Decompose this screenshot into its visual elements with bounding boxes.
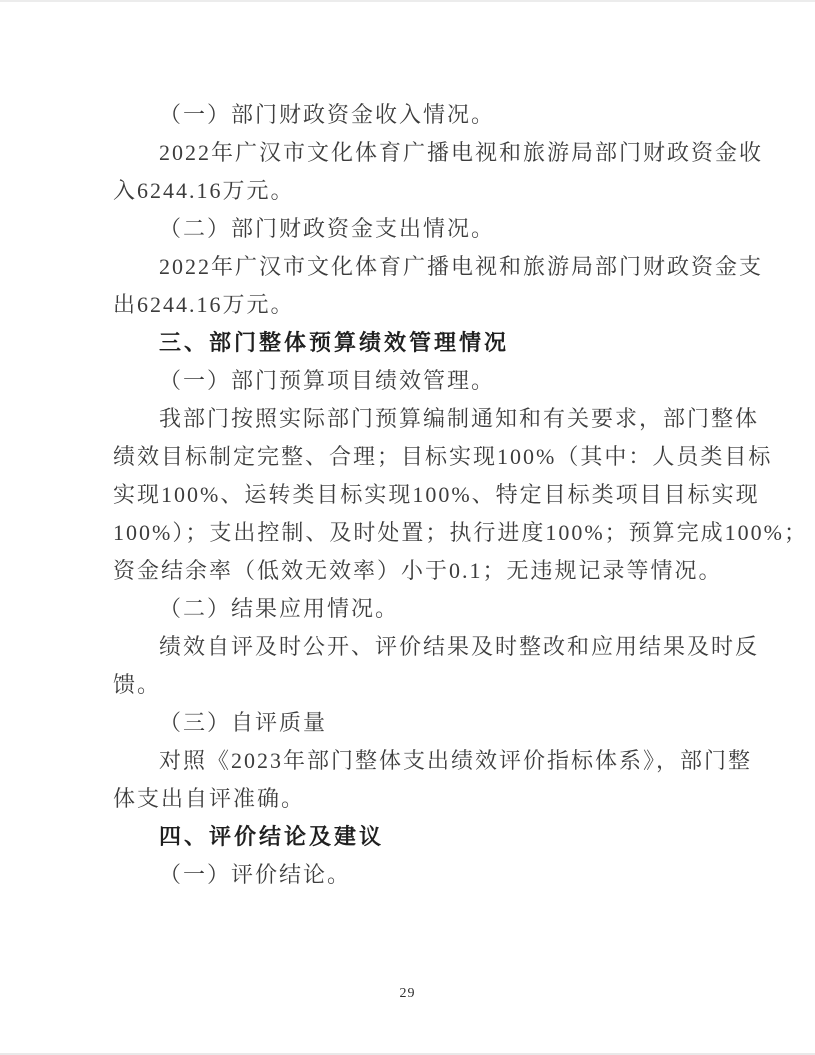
doc-line-section-3-1-title: （一）部门预算项目绩效管理。 <box>113 362 713 400</box>
doc-line-section-1-1-title: （一）部门财政资金收入情况。 <box>113 96 713 134</box>
doc-line-section-1-2-title: （二）部门财政资金支出情况。 <box>113 210 713 248</box>
page-number: 29 <box>0 986 815 1002</box>
doc-line-expense-text: 2022年广汉市文化体育广播电视和旅游局部门财政资金支 <box>113 248 713 286</box>
doc-line-paragraph: 体支出自评准确。 <box>113 780 713 818</box>
doc-heading-section-3: 三、部门整体预算绩效管理情况 <box>113 324 713 362</box>
document-page: （一）部门财政资金收入情况。 2022年广汉市文化体育广播电视和旅游局部门财政资… <box>0 0 815 1055</box>
doc-line-paragraph: 对照《2023年部门整体支出绩效评价指标体系》，部门整 <box>113 742 713 780</box>
doc-line-paragraph: 绩效自评及时公开、评价结果及时整改和应用结果及时反 <box>113 628 713 666</box>
doc-line-paragraph: 绩效目标制定完整、合理；目标实现100%（其中：人员类目标 <box>113 438 713 476</box>
doc-line-paragraph: 资金结余率（低效无效率）小于0.1；无违规记录等情况。 <box>113 552 713 590</box>
doc-line-paragraph: 100%）；支出控制、及时处置；执行进度100%；预算完成100%； <box>113 514 713 552</box>
doc-line-paragraph: 我部门按照实际部门预算编制通知和有关要求，部门整体 <box>113 400 713 438</box>
doc-line-section-3-3-title: （三）自评质量 <box>113 704 713 742</box>
doc-line-section-3-2-title: （二）结果应用情况。 <box>113 590 713 628</box>
doc-line-section-4-1-title: （一）评价结论。 <box>113 856 713 894</box>
doc-line-income-text: 2022年广汉市文化体育广播电视和旅游局部门财政资金收 <box>113 134 713 172</box>
doc-line-income-amount: 入6244.16万元。 <box>113 172 713 210</box>
doc-line-expense-amount: 出6244.16万元。 <box>113 286 713 324</box>
doc-line-paragraph: 馈。 <box>113 666 713 704</box>
document-body: （一）部门财政资金收入情况。 2022年广汉市文化体育广播电视和旅游局部门财政资… <box>113 96 713 894</box>
doc-line-paragraph: 实现100%、运转类目标实现100%、特定目标类项目目标实现 <box>113 476 713 514</box>
doc-heading-section-4: 四、评价结论及建议 <box>113 818 713 856</box>
